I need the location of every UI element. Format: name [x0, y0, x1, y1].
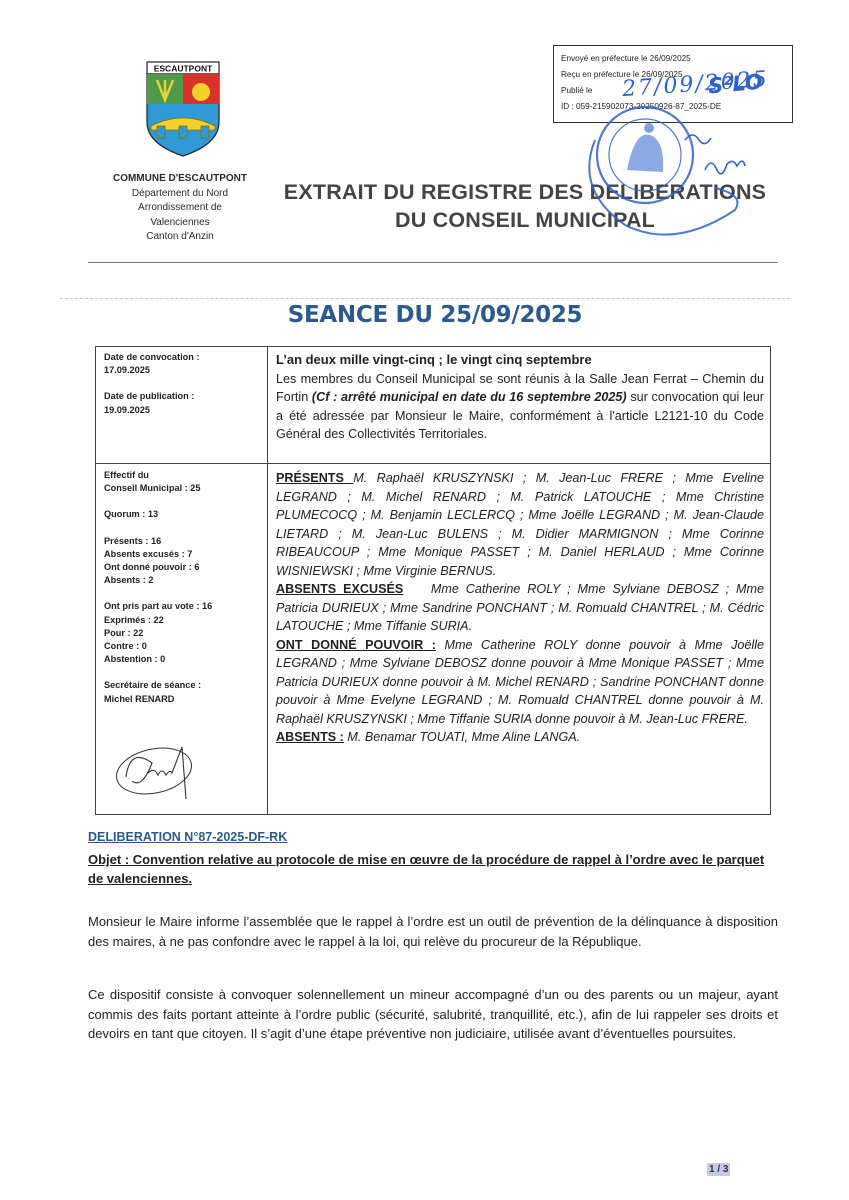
document-title: EXTRAIT DU REGISTRE DES DELIBERATIONS DU… — [265, 178, 785, 234]
coat-of-arms-icon: ESCAUTPONT — [143, 60, 223, 160]
commune-name: COMMUNE D'ESCAUTPONT — [95, 172, 265, 187]
deliberation-object: Objet : Convention relative au protocole… — [88, 850, 778, 888]
document-title-line2: DU CONSEIL MUNICIPAL — [265, 206, 785, 234]
deliberation-paragraph-2: Ce dispositif consiste à convoquer solen… — [88, 985, 778, 1044]
deliberation-number: DELIBERATION N°87-2025-DF-RK — [88, 830, 287, 844]
session-info-table: Date de convocation : 17.09.2025 Date de… — [95, 346, 771, 815]
prefecture-sent: Envoyé en préfecture le 26/09/2025 — [561, 51, 792, 67]
pouvoir-label: ONT DONNÉ POUVOIR : — [276, 638, 436, 652]
pouvoirs-count: Ont donné pouvoir : 6 — [104, 561, 212, 574]
session-dates: Date de convocation : 17.09.2025 Date de… — [104, 351, 199, 417]
quorum: Quorum : 13 — [104, 508, 212, 521]
table-row-divider — [96, 463, 770, 464]
publication-label: Date de publication : — [104, 390, 199, 403]
secretaire-label: Secrétaire de séance : — [104, 679, 212, 692]
effectif-label: Effectif du — [104, 469, 212, 482]
convocation-date: 17.09.2025 — [104, 364, 199, 377]
secretaire-name: Michel RENARD — [104, 693, 212, 706]
convocation-label: Date de convocation : — [104, 351, 199, 364]
absents-paragraph: ABSENTS : M. Benamar TOUATI, Mme Aline L… — [276, 728, 764, 747]
commune-canton: Canton d'Anzin — [95, 230, 265, 245]
publication-date: 19.09.2025 — [104, 404, 199, 417]
secretary-signature-icon — [112, 737, 202, 805]
presents-paragraph: PRÉSENTS M. Raphaël KRUSZYNSKI ; M. Jean… — [276, 469, 764, 580]
prefecture-id: ID : 059-215902073-20250926-87_2025-DE — [561, 99, 792, 115]
intro-text: Les membres du Conseil Municipal se sont… — [276, 370, 764, 444]
pour-count: Pour : 22 — [104, 627, 212, 640]
logo-banner: ESCAUTPONT — [154, 64, 213, 74]
absents-excuses-count: Absents excusés : 7 — [104, 548, 212, 561]
handwritten-mark: S²LO — [707, 70, 764, 99]
session-title: SEANCE DU 25/09/2025 — [90, 302, 780, 328]
excuses-label: ABSENTS EXCUSÉS — [276, 582, 403, 596]
session-stats: Effectif du Conseil Municipal : 25 Quoru… — [104, 469, 212, 706]
excuses-paragraph: ABSENTS EXCUSÉS Mme Catherine ROLY ; Mme… — [276, 580, 764, 636]
commune-department: Département du Nord — [95, 187, 265, 202]
absents-label: ABSENTS : — [276, 730, 344, 744]
presents-label: PRÉSENTS — [276, 471, 353, 485]
session-intro: L’an deux mille vingt-cinq ; le vingt ci… — [276, 351, 764, 444]
document-title-line1: EXTRAIT DU REGISTRE DES DELIBERATIONS — [265, 178, 785, 206]
effectif-value: Conseil Municipal : 25 — [104, 482, 212, 495]
deliberation-paragraph-1: Monsieur le Maire informe l’assemblée qu… — [88, 912, 778, 951]
table-column-divider — [267, 347, 268, 814]
intro-date-line: L’an deux mille vingt-cinq ; le vingt ci… — [276, 351, 764, 370]
abstention-count: Abstention : 0 — [104, 653, 212, 666]
presents-count: Présents : 16 — [104, 535, 212, 548]
pouvoir-paragraph: ONT DONNÉ POUVOIR : Mme Catherine ROLY d… — [276, 636, 764, 729]
exprimes-count: Exprimés : 22 — [104, 614, 212, 627]
commune-header: COMMUNE D'ESCAUTPONT Département du Nord… — [95, 172, 265, 245]
commune-arrondissement-city: Valenciennes — [95, 216, 265, 231]
commune-arrondissement: Arrondissement de — [95, 201, 265, 216]
page-number: 1 / 3 — [707, 1163, 730, 1176]
absents-count: Absents : 2 — [104, 574, 212, 587]
presents-list: M. Raphaël KRUSZYNSKI ; M. Jean-Luc FRER… — [276, 471, 764, 578]
contre-count: Contre : 0 — [104, 640, 212, 653]
votants-count: Ont pris part au vote : 16 — [104, 600, 212, 613]
absents-list: M. Benamar TOUATI, Mme Aline LANGA. — [347, 730, 580, 744]
attendance-section: PRÉSENTS M. Raphaël KRUSZYNSKI ; M. Jean… — [276, 469, 764, 747]
header-divider — [88, 262, 778, 263]
intro-arrete-reference: (Cf : arrêté municipal en date du 16 sep… — [312, 390, 627, 404]
dashed-divider — [60, 298, 790, 299]
